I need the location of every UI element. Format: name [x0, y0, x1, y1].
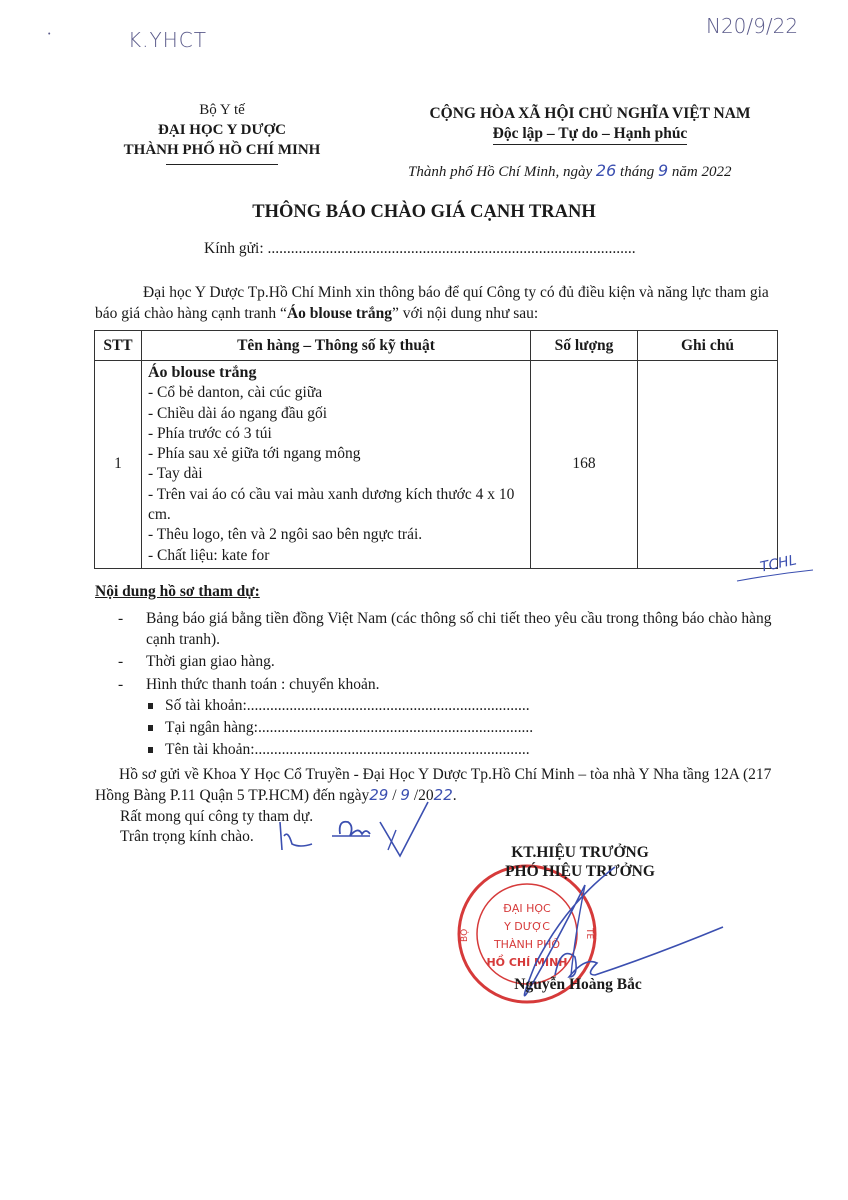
square-bullet-icon	[148, 747, 153, 753]
date-prefix: Thành phố Hồ Chí Minh, ngày	[408, 164, 596, 180]
national-motto: Độc lập – Tự do – Hạnh phúc	[493, 125, 688, 145]
national-title: CỘNG HÒA XÃ HỘI CHỦ NGHĨA VIỆT NAM	[405, 104, 775, 124]
requirement-text: Hình thức thanh toán : chuyển khoản.	[146, 674, 778, 695]
bank-field-label: Tại ngân hàng:..........................…	[165, 719, 533, 736]
spec-line: - Chất liệu: kate for	[148, 546, 524, 566]
national-header: CỘNG HÒA XÃ HỘI CHỦ NGHĨA VIỆT NAM Độc l…	[405, 104, 775, 144]
column-header-name: Tên hàng – Thông số kỹ thuật	[142, 331, 531, 361]
bullet-dash: -	[118, 651, 123, 672]
cell-note	[638, 361, 778, 569]
invitation-line: Rất mong quí công ty tham dự.	[120, 806, 810, 827]
initial-signatures	[270, 800, 440, 862]
requirement-item: - Thời gian giao hàng.	[118, 651, 778, 673]
initials-stroke	[735, 568, 815, 584]
bullet-dash: -	[118, 674, 123, 695]
cell-stt: 1	[95, 361, 142, 569]
spec-line: - Phía trước có 3 túi	[148, 424, 524, 444]
column-header-note: Ghi chú	[638, 331, 778, 361]
column-header-quantity: Số lượng	[531, 331, 638, 361]
bank-field-bank-name: Tại ngân hàng:..........................…	[148, 719, 533, 737]
table-row: 1 Áo blouse trắng - Cổ bẻ danton, cài cú…	[95, 361, 778, 569]
document-title: THÔNG BÁO CHÀO GIÁ CẠNH TRANH	[0, 202, 848, 223]
bank-field-label: Số tài khoản:...........................…	[165, 697, 530, 714]
intro-product-name: Áo blouse trắng	[287, 305, 392, 322]
requirement-item: - Bảng báo giá bằng tiền đồng Việt Nam (…	[118, 608, 778, 652]
issue-date: Thành phố Hồ Chí Minh, ngày 26 tháng 9 n…	[408, 161, 731, 181]
spec-line: - Chiều dài áo ngang đầu gối	[148, 404, 524, 424]
spec-line: - Cổ bẻ danton, cài cúc giữa	[148, 383, 524, 403]
date-year: năm 2022	[668, 164, 731, 180]
cell-quantity: 168	[531, 361, 638, 569]
table-header-row: STT Tên hàng – Thông số kỹ thuật Số lượn…	[95, 331, 778, 361]
handwritten-department-note: K.YHCT	[128, 28, 207, 52]
handwritten-received-date: N20/9/22	[706, 14, 798, 38]
square-bullet-icon	[148, 703, 153, 709]
date-day: 26	[596, 161, 616, 180]
spec-line: - Thêu logo, tên và 2 ngôi sao bên ngực …	[148, 525, 524, 545]
signatory-title-primary: KT.HIỆU TRƯỞNG	[470, 842, 690, 863]
spec-line: - Tay dài	[148, 464, 524, 484]
university-city: THÀNH PHỐ HỒ CHÍ MINH	[92, 140, 352, 160]
national-motto-wrap: Độc lập – Tự do – Hạnh phúc	[405, 124, 775, 144]
date-month-label: tháng	[616, 164, 658, 180]
ink-dot: •	[48, 30, 50, 38]
recipient-line: Kính gửi: ..............................…	[204, 240, 636, 258]
requirement-text: Thời gian giao hàng.	[146, 651, 778, 672]
signatory-name: Nguyễn Hoàng Bắc	[468, 976, 688, 994]
requirement-text: Bảng báo giá bằng tiền đồng Việt Nam (cá…	[146, 608, 778, 650]
bullet-dash: -	[118, 608, 123, 629]
header-divider	[166, 164, 278, 165]
greeting-line: Trân trọng kính chào.	[120, 826, 810, 847]
bank-field-label: Tên tài khoản:..........................…	[165, 741, 530, 758]
square-bullet-icon	[148, 725, 153, 731]
cell-spec: Áo blouse trắng - Cổ bẻ danton, cài cúc …	[142, 361, 531, 569]
ministry-name: Bộ Y tế	[92, 100, 352, 120]
submission-instructions: Hồ sơ gửi về Khoa Y Học Cổ Truyền - Đại …	[95, 764, 785, 806]
bank-field-account-name: Tên tài khoản:..........................…	[148, 741, 530, 759]
stamp-outer-left-text: BỘ	[458, 929, 470, 942]
issuer-header: Bộ Y tế ĐẠI HỌC Y DƯỢC THÀNH PHỐ HỒ CHÍ …	[92, 100, 352, 165]
university-name: ĐẠI HỌC Y DƯỢC	[92, 120, 352, 140]
items-table: STT Tên hàng – Thông số kỹ thuật Số lượn…	[94, 330, 778, 569]
requirement-item: - Hình thức thanh toán : chuyển khoản.	[118, 674, 778, 696]
product-name: Áo blouse trắng	[148, 363, 524, 383]
date-month: 9	[658, 161, 668, 180]
spec-line: - Phía sau xẻ giữa tới ngang mông	[148, 444, 524, 464]
requirements-title: Nội dung hồ sơ tham dự:	[95, 583, 260, 601]
bank-field-account-number: Số tài khoản:...........................…	[148, 697, 530, 715]
column-header-stt: STT	[95, 331, 142, 361]
intro-paragraph: Đại học Y Dược Tp.Hồ Chí Minh xin thông …	[95, 282, 775, 324]
intro-text-end: ” với nội dung như sau:	[392, 305, 538, 322]
spec-line: - Trên vai áo có cầu vai màu xanh dương …	[148, 485, 524, 526]
